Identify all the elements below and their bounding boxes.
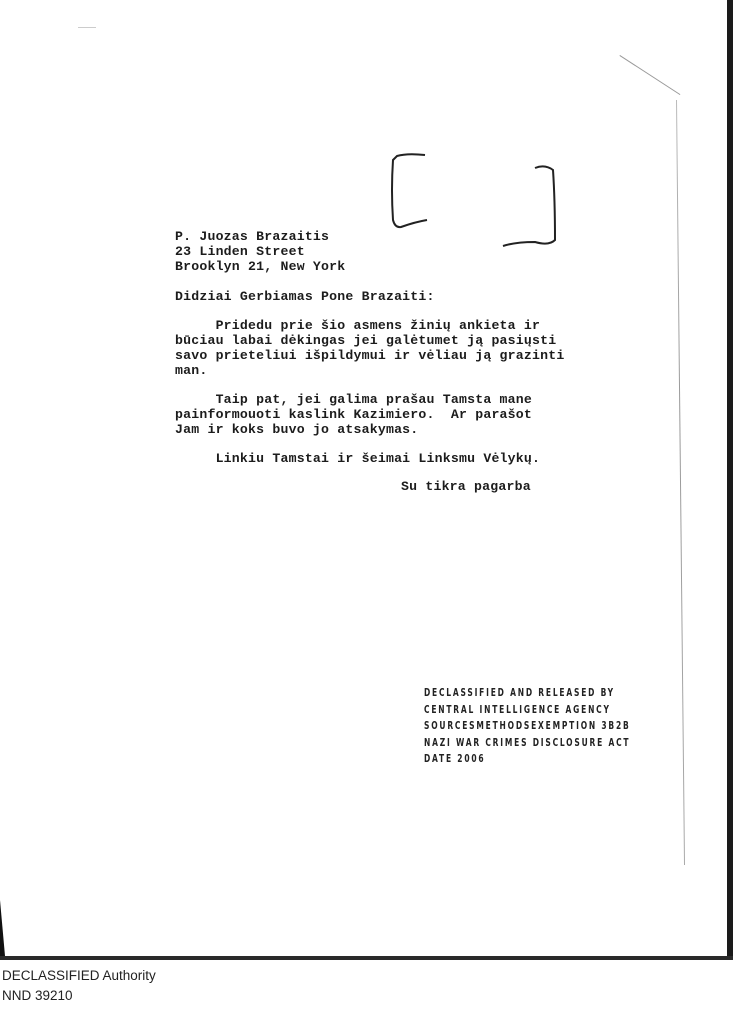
salutation: Didziai Gerbiamas Pone Brazaiti: — [175, 289, 435, 305]
footer-authority: DECLASSIFIED Authority — [2, 966, 156, 986]
footer-nnd: NND 39210 — [2, 986, 156, 1006]
recipient-name: P. Juozas Brazaitis — [175, 229, 329, 245]
stamp-line: SOURCESMETHODSEXEMPTION 3B2B — [424, 719, 631, 736]
greeting: Linkiu Tamstai ir šeimai Linksmu Vėlykų. — [175, 451, 540, 467]
paragraph-line: man. — [175, 363, 207, 379]
stamp-line: NAZI WAR CRIMES DISCLOSURE ACT — [424, 736, 631, 753]
corner-fold-line — [619, 55, 680, 95]
paragraph-line: painformouoti kaslink Kazimiero. Ar para… — [175, 407, 532, 423]
paragraph-line: Taip pat, jei galima prašau Tamsta mane — [175, 392, 532, 408]
handwritten-bracket-mark — [385, 150, 565, 250]
scan-speck — [78, 27, 96, 28]
paragraph-line: savo prieteliui išpildymui ir vėliau ją … — [175, 348, 564, 364]
scan-corner-shadow — [0, 900, 5, 956]
recipient-street: 23 Linden Street — [175, 244, 305, 260]
scan-edge-right — [727, 0, 733, 960]
closing: Su tikra pagarba — [401, 479, 531, 495]
footer-caption: DECLASSIFIED Authority NND 39210 — [2, 966, 156, 1006]
stamp-line: CENTRAL INTELLIGENCE AGENCY — [424, 703, 631, 720]
scanned-page: P. Juozas Brazaitis 23 Linden Street Bro… — [0, 0, 727, 957]
paragraph-line: Pridedu prie šio asmens žinių ankieta ir — [175, 318, 540, 334]
recipient-city: Brooklyn 21, New York — [175, 259, 345, 275]
stamp-line: DATE 2006 — [424, 752, 631, 769]
declassification-stamp: DECLASSIFIED AND RELEASED BYCENTRAL INTE… — [424, 686, 631, 769]
scan-edge-bottom — [0, 956, 733, 960]
paragraph-line: Jam ir koks buvo jo atsakymas. — [175, 422, 418, 438]
margin-line — [676, 100, 685, 865]
paragraph-line: būciau labai dėkingas jei galėtumet ją p… — [175, 333, 556, 349]
stamp-line: DECLASSIFIED AND RELEASED BY — [424, 686, 631, 703]
